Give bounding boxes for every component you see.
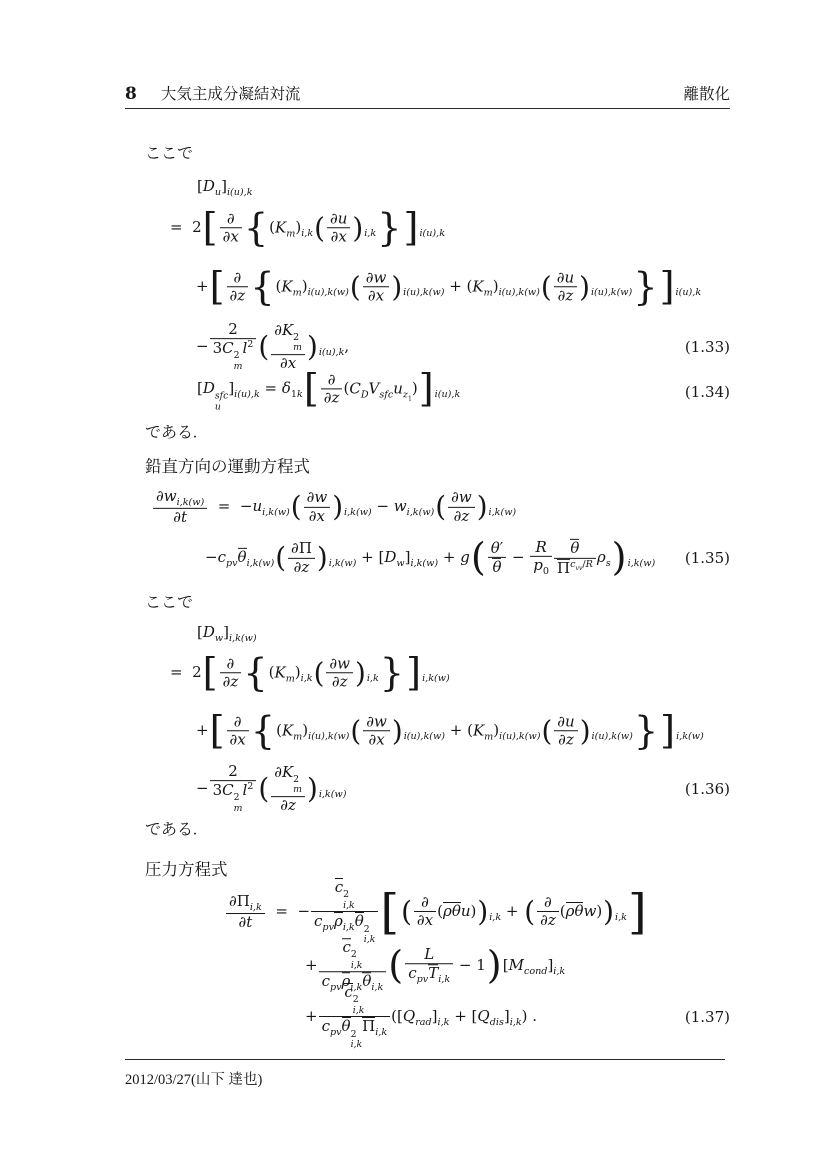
footer-rule	[125, 1059, 725, 1060]
eq-tag-1-34: (1.34)	[685, 383, 730, 401]
eq-1-37-line-1: ∂Πi,k∂t = −c2i,kcpvρi,kθ2i,k[(∂∂x(ρθu))i…	[225, 878, 648, 946]
eq-1-33-line-3: −23C2ml2(∂K2m∂x)i(u),k,	[196, 321, 349, 373]
eq-1-33-line-1: = 2[∂∂x{(Km)i,k(∂u∂x)i,k}]i(u),k	[170, 210, 445, 246]
paragraph-dearu-2: である.	[145, 817, 197, 840]
page-header: 8 大気主成分凝結対流 離散化	[125, 82, 730, 109]
eq-tag-1-37: (1.37)	[685, 1008, 730, 1026]
heading-pressure-equation: 圧力方程式	[145, 856, 228, 880]
eq-1-37-line-3: +c2i,kcpvθ2i,kΠi,k([Qrad]i,k + [Qdis]i,k…	[305, 983, 537, 1051]
eq-tag-1-35: (1.35)	[685, 549, 730, 567]
paragraph-kokode-1: ここで	[145, 141, 193, 164]
header-section-title: 大気主成分凝結対流	[161, 82, 301, 104]
eq-1-35-line-1: ∂wi,k(w)∂t = −ui,k(w)(∂w∂x)i,k(w) − wi,k…	[152, 488, 516, 526]
header-running-head: 離散化	[683, 82, 730, 104]
eq-1-33-lhs: [Du]i(u),k	[197, 176, 253, 200]
footer-date-author: 2012/03/27(山下 達也)	[125, 1068, 262, 1089]
eq-1-36-lhs: [Dw]i,k(w)	[197, 622, 257, 646]
eq-tag-1-36: (1.36)	[685, 780, 730, 798]
eq-1-34-line-1: [Dsfcu]i(u),k = δ1k[∂∂z(CDVsfcuz1)]i(u),…	[197, 371, 460, 412]
eq-1-35-line-2: −cpvθi,k(w)(∂Π∂z)i,k(w) + [Dw]i,k(w) + g…	[205, 539, 655, 577]
eq-tag-1-33: (1.33)	[685, 338, 730, 356]
eq-1-36-line-3: −23C2ml2(∂K2m∂z)i,k(w)	[196, 763, 346, 815]
paragraph-dearu-1: である.	[145, 420, 197, 443]
paragraph-kokode-2: ここで	[145, 590, 193, 613]
page-number: 8	[125, 84, 137, 104]
heading-vertical-momentum: 鉛直方向の運動方程式	[145, 453, 310, 477]
eq-1-33-line-2: +[∂∂z{(Km)i(u),k(w)(∂w∂x)i(u),k(w) + (Km…	[196, 269, 701, 305]
eq-1-36-line-1: = 2[∂∂z{(Km)i,k(∂w∂z)i,k}]i,k(w)	[170, 655, 450, 691]
header-left: 8 大気主成分凝結対流	[125, 82, 300, 104]
eq-1-36-line-2: +[∂∂x{(Km)i(u),k(w)(∂w∂x)i(u),k(w) + (Km…	[196, 713, 704, 749]
